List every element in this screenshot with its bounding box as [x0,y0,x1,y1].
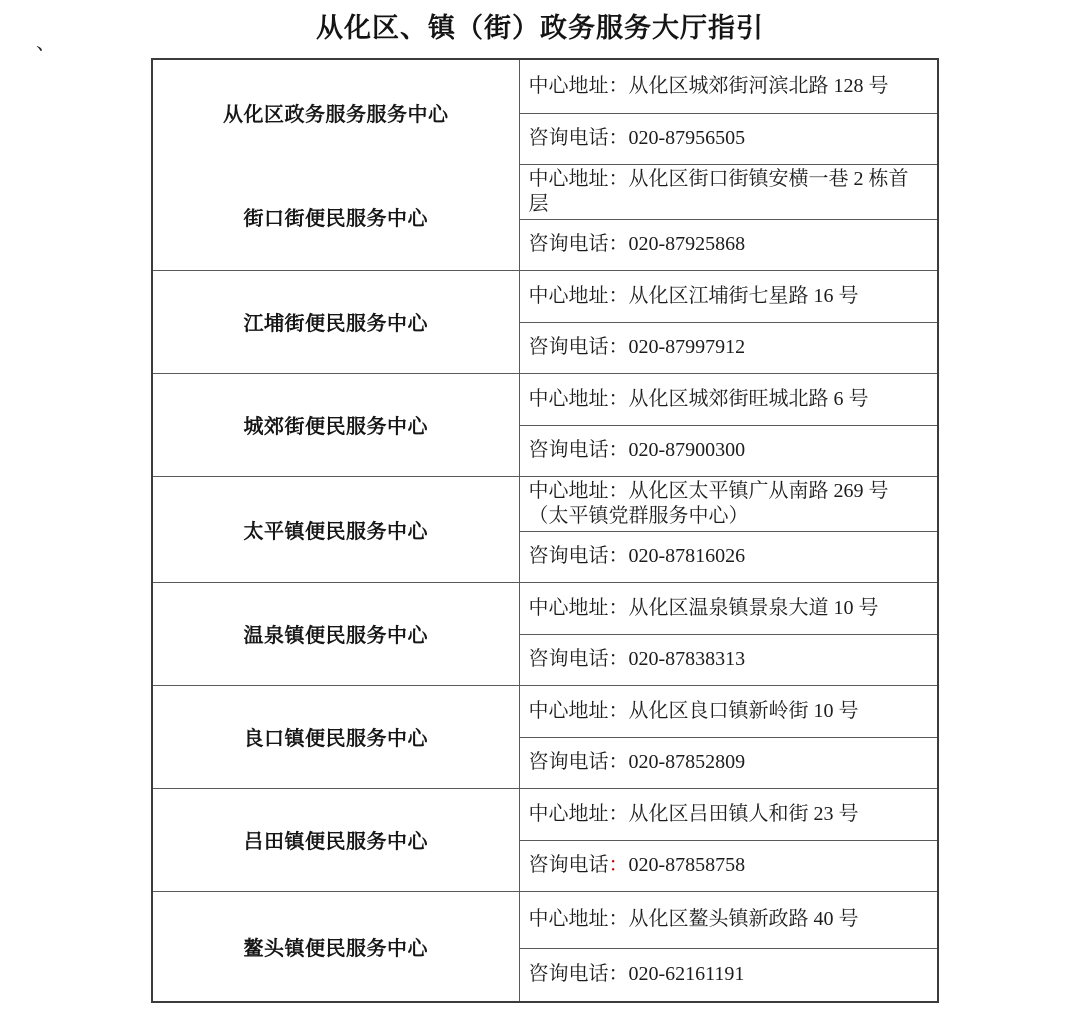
center-name: 城郊街便民服务中心 [244,416,429,438]
phone-colon: ： [609,127,629,149]
address-cell: 中心地址：从化区街口街镇安横一巷 2 栋首层 [519,164,938,219]
address-label: 中心地址： [529,597,629,619]
center-name-cell: 城郊街便民服务中心 [152,373,519,476]
address-cell: 中心地址：从化区良口镇新岭街 10 号 [519,685,938,737]
address-value: 从化区鳌头镇新政路 40 号 [629,908,859,930]
phone-cell: 咨询电话：020-87925868 [519,219,938,270]
phone-value: 020-87816026 [629,545,746,567]
phone-label: 咨询电话 [529,127,609,149]
center-name: 鳌头镇便民服务中心 [244,938,429,960]
address-label: 中心地址： [529,75,629,97]
phone-colon: ： [609,233,629,255]
phone-cell: 咨询电话：020-87956505 [519,113,938,164]
table-row: 鳌头镇便民服务中心 中心地址：从化区鳌头镇新政路 40 号 [152,891,938,948]
center-name: 良口镇便民服务中心 [244,728,429,750]
address-value: 从化区温泉镇景泉大道 10 号 [629,597,879,619]
phone-label: 咨询电话 [529,233,609,255]
table-row: 城郊街便民服务中心 中心地址：从化区城郊街旺城北路 6 号 [152,373,938,425]
phone-value: 020-87900300 [629,439,746,461]
page-title: 从化区、镇（街）政务服务大厅指引 [0,6,1080,45]
center-name-cell: 鳌头镇便民服务中心 [152,891,519,1002]
address-cell: 中心地址：从化区城郊街河滨北路 128 号 [519,59,938,113]
stray-punctuation-mark: 、 [36,26,56,55]
table-row: 江埔街便民服务中心 中心地址：从化区江埔街七星路 16 号 [152,270,938,322]
phone-label: 咨询电话 [529,439,609,461]
address-label: 中心地址： [529,908,629,930]
phone-value: 020-87956505 [629,127,746,149]
address-label: 中心地址： [529,388,629,410]
phone-cell: 咨询电话：020-87997912 [519,322,938,373]
center-name: 太平镇便民服务中心 [244,521,429,543]
phone-cell: 咨询电话：020-87838313 [519,634,938,685]
phone-label: 咨询电话 [529,336,609,358]
phone-colon: ： [609,963,629,985]
address-label: 中心地址： [529,700,629,722]
center-name-cell: 街口街便民服务中心 [152,164,519,270]
phone-colon-red: ： [609,854,629,876]
phone-cell: 咨询电话：020-87858758 [519,840,938,891]
address-label: 中心地址： [529,803,629,825]
service-centers-table: 从化区政务服务服务中心 中心地址：从化区城郊街河滨北路 128 号 咨询电话：0… [151,58,939,1003]
address-value: 从化区吕田镇人和街 23 号 [629,803,859,825]
address-cell: 中心地址：从化区江埔街七星路 16 号 [519,270,938,322]
phone-cell: 咨询电话：020-87900300 [519,425,938,476]
phone-value: 020-87997912 [629,336,746,358]
table-row: 温泉镇便民服务中心 中心地址：从化区温泉镇景泉大道 10 号 [152,582,938,634]
center-name-cell: 温泉镇便民服务中心 [152,582,519,685]
center-name-cell: 太平镇便民服务中心 [152,476,519,582]
phone-cell: 咨询电话：020-87816026 [519,531,938,582]
phone-label: 咨询电话 [529,545,609,567]
address-cell: 中心地址：从化区吕田镇人和街 23 号 [519,788,938,840]
center-name-cell: 良口镇便民服务中心 [152,685,519,788]
phone-value: 020-87852809 [629,751,746,773]
address-cell: 中心地址：从化区城郊街旺城北路 6 号 [519,373,938,425]
address-label: 中心地址： [529,285,629,307]
address-value: 从化区城郊街旺城北路 6 号 [629,388,869,410]
center-name: 江埔街便民服务中心 [244,313,429,335]
center-name: 吕田镇便民服务中心 [244,831,429,853]
phone-colon: ： [609,336,629,358]
address-value: 从化区良口镇新岭街 10 号 [629,700,859,722]
phone-label: 咨询电话 [529,854,609,876]
phone-value: 020-87838313 [629,648,746,670]
center-name-cell: 吕田镇便民服务中心 [152,788,519,891]
phone-value: 020-87925868 [629,233,746,255]
address-value: 从化区城郊街河滨北路 128 号 [629,75,889,97]
table-row: 吕田镇便民服务中心 中心地址：从化区吕田镇人和街 23 号 [152,788,938,840]
address-cell: 中心地址：从化区温泉镇景泉大道 10 号 [519,582,938,634]
phone-value: 020-87858758 [629,854,746,876]
phone-label: 咨询电话 [529,648,609,670]
phone-label: 咨询电话 [529,963,609,985]
center-name-cell: 江埔街便民服务中心 [152,270,519,373]
phone-colon: ： [609,545,629,567]
center-name: 从化区政务服务服务中心 [223,104,449,126]
table-row: 太平镇便民服务中心 中心地址：从化区太平镇广从南路 269 号（太平镇党群服务中… [152,476,938,531]
table-row: 从化区政务服务服务中心 中心地址：从化区城郊街河滨北路 128 号 [152,59,938,113]
phone-label: 咨询电话 [529,751,609,773]
address-cell: 中心地址：从化区太平镇广从南路 269 号（太平镇党群服务中心） [519,476,938,531]
center-name: 街口街便民服务中心 [244,208,429,230]
phone-cell: 咨询电话：020-62161191 [519,948,938,1002]
center-name-cell: 从化区政务服务服务中心 [152,59,519,164]
address-cell: 中心地址：从化区鳌头镇新政路 40 号 [519,891,938,948]
address-label: 中心地址： [529,168,629,190]
table-row: 街口街便民服务中心 中心地址：从化区街口街镇安横一巷 2 栋首层 [152,164,938,219]
phone-colon: ： [609,751,629,773]
table-row: 良口镇便民服务中心 中心地址：从化区良口镇新岭街 10 号 [152,685,938,737]
phone-colon: ： [609,439,629,461]
center-name: 温泉镇便民服务中心 [244,625,429,647]
phone-cell: 咨询电话：020-87852809 [519,737,938,788]
address-label: 中心地址： [529,480,629,502]
phone-value: 020-62161191 [629,963,745,985]
phone-colon: ： [609,648,629,670]
address-value: 从化区江埔街七星路 16 号 [629,285,859,307]
